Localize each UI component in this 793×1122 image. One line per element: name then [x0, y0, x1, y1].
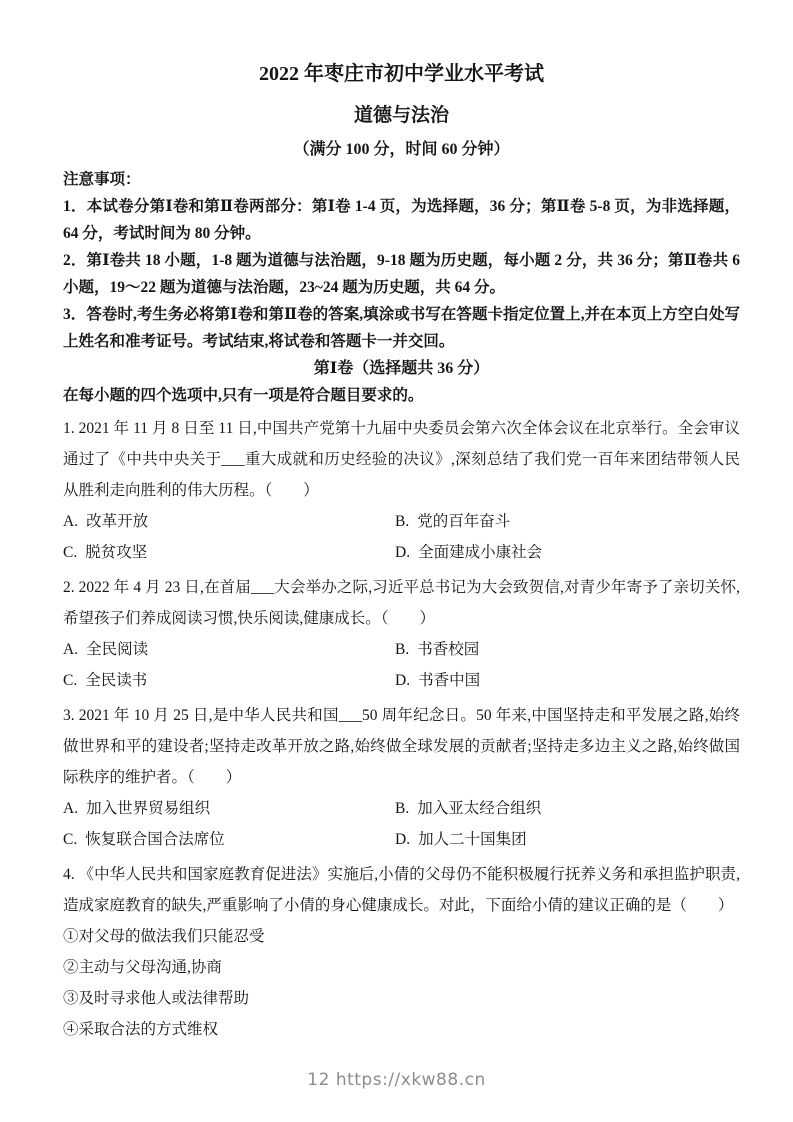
notice-item-3: 3．答卷时,考生务必将第Ⅰ卷和第Ⅱ卷的答案,填涂或书写在答题卡指定位置上,并在本… [63, 301, 740, 355]
option-b-text: 党的百年奋斗 [417, 513, 510, 530]
page-footer: 12 https://xkw88.cn [0, 1070, 793, 1090]
option-c-text: 全民读书 [85, 672, 147, 689]
question-2-option-b: B.书香校园 [395, 634, 740, 665]
section-1-heading: 第Ⅰ卷（选择题共 36 分） [63, 355, 740, 382]
section-1-instruction: 在每小题的四个选项中,只有一项是符合题目要求的。 [63, 382, 740, 409]
option-d-label: D. [395, 672, 410, 689]
option-c-text: 脱贫攻坚 [85, 544, 147, 561]
option-d-label: D. [395, 831, 410, 848]
option-b-text: 加入亚太经合组织 [417, 800, 541, 817]
option-b-label: B. [395, 641, 409, 658]
question-2-stem: 2. 2022 年 4 月 23 日,在首届___大会举办之际,习近平总书记为大… [63, 572, 740, 634]
option-d-text: 全面建成小康社会 [418, 544, 542, 561]
question-3-option-d: D.加人二十国集团 [395, 824, 740, 855]
question-2-options: A.全民阅读 B.书香校园 C.全民读书 D.书香中国 [63, 634, 740, 696]
option-c-label: C. [63, 544, 77, 561]
notice-label: 注意事项： [63, 167, 740, 193]
question-3-option-b: B.加入亚太经合组织 [395, 793, 740, 824]
question-2-option-c: C.全民读书 [63, 665, 395, 696]
notice-section: 注意事项： 1．本试卷分第Ⅰ卷和第Ⅱ卷两部分：第Ⅰ卷 1-4 页，为选择题，36… [63, 167, 740, 355]
exam-title: 2022 年枣庄市初中学业水平考试 [63, 60, 740, 88]
question-1-option-b: B.党的百年奋斗 [395, 506, 740, 537]
option-d-label: D. [395, 544, 410, 561]
option-a-text: 加入世界贸易组织 [86, 800, 210, 817]
question-2-option-a: A.全民阅读 [63, 634, 395, 665]
option-c-text: 恢复联合国合法席位 [85, 831, 225, 848]
option-c-label: C. [63, 672, 77, 689]
question-1: 1. 2021 年 11 月 8 日至 11 日,中国共产党第十九届中央委员会第… [63, 413, 740, 568]
notice-item-2: 2．第Ⅰ卷共 18 小题，1-8 题为道德与法治题，9-18 题为历史题，每小题… [63, 247, 740, 301]
question-1-option-c: C.脱贫攻坚 [63, 537, 395, 568]
question-1-option-d: D.全面建成小康社会 [395, 537, 740, 568]
option-c-label: C. [63, 831, 77, 848]
question-4-statement-1: ①对父母的做法我们只能忍受 [63, 921, 740, 952]
question-1-options: A.改革开放 B.党的百年奋斗 C.脱贫攻坚 D.全面建成小康社会 [63, 506, 740, 568]
option-d-text: 加人二十国集团 [418, 831, 527, 848]
option-b-text: 书香校园 [417, 641, 479, 658]
exam-score-time: （满分 100 分，时间 60 分钟） [63, 138, 740, 162]
question-2-option-d: D.书香中国 [395, 665, 740, 696]
question-3-options: A.加入世界贸易组织 B.加入亚太经合组织 C.恢复联合国合法席位 D.加人二十… [63, 793, 740, 855]
question-4-stem: 4. 《中华人民共和国家庭教育促进法》实施后,小倩的父母仍不能积极履行抚养义务和… [63, 859, 740, 921]
question-4: 4. 《中华人民共和国家庭教育促进法》实施后,小倩的父母仍不能积极履行抚养义务和… [63, 859, 740, 1045]
option-a-label: A. [63, 513, 78, 530]
page-content: 2022 年枣庄市初中学业水平考试 道德与法治 （满分 100 分，时间 60 … [63, 60, 740, 1045]
exam-paper-page: 2022 年枣庄市初中学业水平考试 道德与法治 （满分 100 分，时间 60 … [0, 0, 793, 1122]
option-b-label: B. [395, 513, 409, 530]
option-a-label: A. [63, 800, 78, 817]
option-d-text: 书香中国 [418, 672, 480, 689]
question-3-stem: 3. 2021 年 10 月 25 日,是中华人民共和国___50 周年纪念日。… [63, 700, 740, 793]
option-b-label: B. [395, 800, 409, 817]
exam-subject: 道德与法治 [63, 103, 740, 129]
footer-text: 12 https://xkw88.cn [307, 1070, 485, 1090]
question-3-option-a: A.加入世界贸易组织 [63, 793, 395, 824]
question-2: 2. 2022 年 4 月 23 日,在首届___大会举办之际,习近平总书记为大… [63, 572, 740, 696]
option-a-text: 改革开放 [86, 513, 148, 530]
notice-item-1: 1．本试卷分第Ⅰ卷和第Ⅱ卷两部分：第Ⅰ卷 1-4 页，为选择题，36 分；第Ⅱ卷… [63, 193, 740, 247]
question-4-statement-3: ③及时寻求他人或法律帮助 [63, 983, 740, 1014]
option-a-label: A. [63, 641, 78, 658]
question-4-statement-4: ④采取合法的方式维权 [63, 1014, 740, 1045]
question-1-option-a: A.改革开放 [63, 506, 395, 537]
question-4-statement-2: ②主动与父母沟通,协商 [63, 952, 740, 983]
question-1-stem: 1. 2021 年 11 月 8 日至 11 日,中国共产党第十九届中央委员会第… [63, 413, 740, 506]
option-a-text: 全民阅读 [86, 641, 148, 658]
question-3: 3. 2021 年 10 月 25 日,是中华人民共和国___50 周年纪念日。… [63, 700, 740, 855]
question-3-option-c: C.恢复联合国合法席位 [63, 824, 395, 855]
